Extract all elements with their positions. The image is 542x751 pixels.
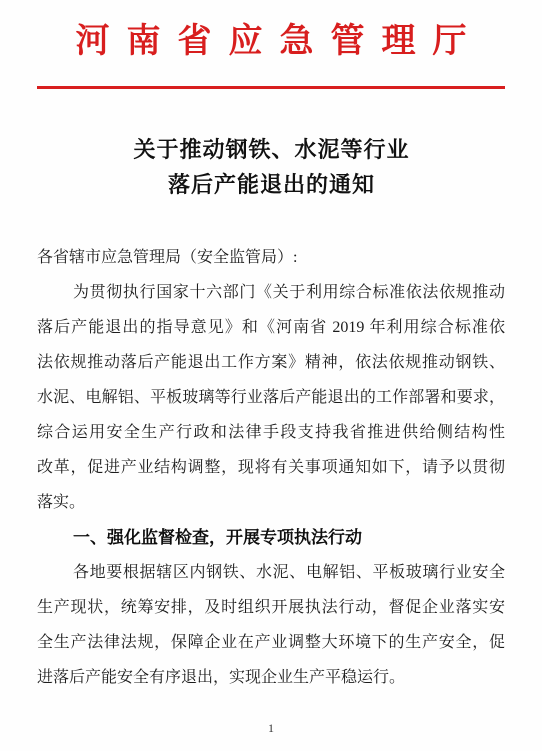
paragraph-2-line-3: 全生产法律法规，保障企业在产业调整大环境下的生产安全，促 (37, 625, 505, 660)
letterhead-agency-name: 河南省应急管理厅 (0, 22, 542, 62)
document-title-line-1: 关于推动钢铁、水泥等行业 (0, 132, 542, 167)
paragraph-1-line-7: 落实。 (37, 485, 505, 520)
paragraph-2-line-1: 各地要根据辖区内钢铁、水泥、电解铝、平板玻璃行业安全 (37, 555, 505, 590)
document-body: 各省辖市应急管理局（安全监管局）: 为贯彻执行国家十六部门《关于利用综合标准依法… (37, 240, 505, 695)
paragraph-1-line-6: 改革，促进产业结构调整，现将有关事项通知如下，请予以贯彻 (37, 450, 505, 485)
paragraph-1-line-5: 综合运用安全生产行政和法律手段支持我省推进供给侧结构性 (37, 415, 505, 450)
paragraph-2-line-2: 生产现状，统筹安排，及时组织开展执法行动，督促企业落实安 (37, 590, 505, 625)
salutation-line: 各省辖市应急管理局（安全监管局）: (37, 240, 505, 275)
document-title-line-2: 落后产能退出的通知 (0, 167, 542, 202)
paragraph-1-line-4: 水泥、电解铝、平板玻璃等行业落后产能退出的工作部署和要求， (37, 380, 505, 415)
document-title: 关于推动钢铁、水泥等行业 落后产能退出的通知 (0, 132, 542, 202)
paragraph-1-line-3: 法依规推动落后产能退出工作方案》精神，依法依规推动钢铁、 (37, 345, 505, 380)
paragraph-2-line-4: 进落后产能安全有序退出，实现企业生产平稳运行。 (37, 660, 505, 695)
page-number: 1 (0, 721, 542, 736)
document-page: 河南省应急管理厅 关于推动钢铁、水泥等行业 落后产能退出的通知 各省辖市应急管理… (0, 0, 542, 751)
paragraph-1-line-2: 落后产能退出的指导意见》和《河南省 2019 年利用综合标准依 (37, 310, 505, 345)
letterhead-divider-rule (37, 86, 505, 89)
section-1-heading: 一、强化监督检查，开展专项执法行动 (37, 520, 505, 555)
paragraph-1-line-1: 为贯彻执行国家十六部门《关于利用综合标准依法依规推动 (37, 275, 505, 310)
